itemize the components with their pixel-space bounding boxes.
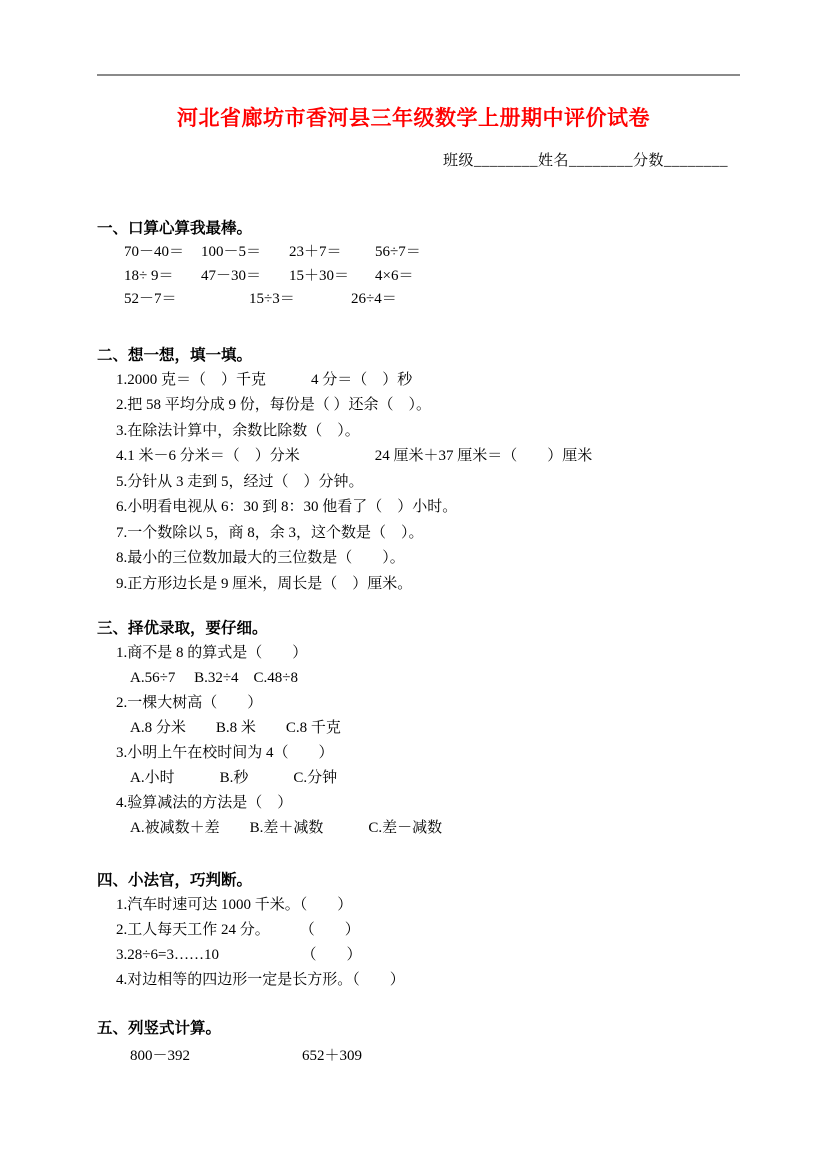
fill-item-7: 7.一个数除以 5，商 8，余 3，这个数是（ ）。 xyxy=(97,521,787,547)
choice-options-4: A.被减数＋差 B.差＋减数 C.差－减数 xyxy=(97,816,787,841)
judge-item-3: 3.28÷6=3……10 （ ） xyxy=(97,943,787,968)
vertical-calc-problem: 800－392 xyxy=(130,1044,302,1069)
calc-row-1: 70－40＝ 100－5＝ 23＋7＝ 56÷7＝ xyxy=(97,241,787,265)
fill-item-2: 2.把 58 平均分成 9 份，每份是（ ）还余（ ）。 xyxy=(97,393,787,419)
judge-item-2: 2.工人每天工作 24 分。 （ ） xyxy=(97,918,787,943)
judge-item-1: 1.汽车时速可达 1000 千米。（ ） xyxy=(97,893,787,918)
section-true-false: 四、小法官，巧判断。 1.汽车时速可达 1000 千米。（ ） 2.工人每天工作… xyxy=(97,868,787,993)
calc-problem: 70－40＝ xyxy=(124,241,201,265)
calc-row-2: 18÷ 9＝ 47－30＝ 15＋30＝ 4×6＝ xyxy=(97,265,787,289)
calc-problem: 18÷ 9＝ xyxy=(124,265,201,289)
calc-problem: 52－7＝ xyxy=(124,288,249,312)
fill-item-4: 4.1 米－6 分米＝（ ）分米 24 厘米＋37 厘米＝（ ）厘米 xyxy=(97,444,787,470)
fill-item-1: 1.2000 克＝（ ）千克 4 分＝（ ）秒 xyxy=(97,368,787,394)
fill-item-3: 3.在除法计算中，余数比除数（ ）。 xyxy=(97,419,787,445)
calc-problem: 56÷7＝ xyxy=(375,241,421,265)
choice-options-1: A.56÷7 B.32÷4 C.48÷8 xyxy=(97,666,787,691)
section-fill-in-blanks: 二、想一想，填一填。 1.2000 克＝（ ）千克 4 分＝（ ）秒 2.把 5… xyxy=(97,343,787,598)
calc-problem: 23＋7＝ xyxy=(289,241,375,265)
calc-problem: 100－5＝ xyxy=(201,241,289,265)
section-2-heading: 二、想一想，填一填。 xyxy=(97,343,787,368)
calc-problem: 15＋30＝ xyxy=(289,265,375,289)
choice-options-3: A.小时 B.秒 C.分钟 xyxy=(97,766,787,791)
fill-item-8: 8.最小的三位数加最大的三位数是（ ）。 xyxy=(97,546,787,572)
calc-problem: 4×6＝ xyxy=(375,265,413,289)
exam-body: 一、口算心算我最棒。 70－40＝ 100－5＝ 23＋7＝ 56÷7＝ 18÷… xyxy=(97,0,787,1069)
section-1-heading: 一、口算心算我最棒。 xyxy=(97,216,787,241)
judge-item-4: 4.对边相等的四边形一定是长方形。（ ） xyxy=(97,968,787,993)
calc-problem: 47－30＝ xyxy=(201,265,289,289)
section-4-heading: 四、小法官，巧判断。 xyxy=(97,868,787,893)
calc-problem: 15÷3＝ xyxy=(249,288,351,312)
choice-question-3: 3.小明上午在校时间为 4（ ） xyxy=(97,741,787,766)
fill-item-6: 6.小明看电视从 6：30 到 8：30 他看了（ ）小时。 xyxy=(97,495,787,521)
section-multiple-choice: 三、择优录取，要仔细。 1.商不是 8 的算式是（ ） A.56÷7 B.32÷… xyxy=(97,616,787,841)
section-5-heading: 五、列竖式计算。 xyxy=(97,1016,787,1041)
choice-question-1: 1.商不是 8 的算式是（ ） xyxy=(97,641,787,666)
fill-item-9: 9.正方形边长是 9 厘米，周长是（ ）厘米。 xyxy=(97,572,787,598)
fill-item-5: 5.分针从 3 走到 5，经过（ ）分钟。 xyxy=(97,470,787,496)
section-3-heading: 三、择优录取，要仔细。 xyxy=(97,616,787,641)
choice-options-2: A.8 分米 B.8 米 C.8 千克 xyxy=(97,716,787,741)
vertical-calc-problem: 652＋309 xyxy=(302,1044,362,1069)
section-column-calculation: 五、列竖式计算。 800－392 652＋309 xyxy=(97,1016,787,1069)
section-oral-calculation: 一、口算心算我最棒。 70－40＝ 100－5＝ 23＋7＝ 56÷7＝ 18÷… xyxy=(97,216,787,312)
choice-question-2: 2.一棵大树高（ ） xyxy=(97,691,787,716)
calc-row-3: 52－7＝ 15÷3＝ 26÷4＝ xyxy=(97,288,787,312)
choice-question-4: 4.验算减法的方法是（ ） xyxy=(97,791,787,816)
vertical-calc-row: 800－392 652＋309 xyxy=(97,1044,787,1069)
calc-problem: 26÷4＝ xyxy=(351,288,397,312)
